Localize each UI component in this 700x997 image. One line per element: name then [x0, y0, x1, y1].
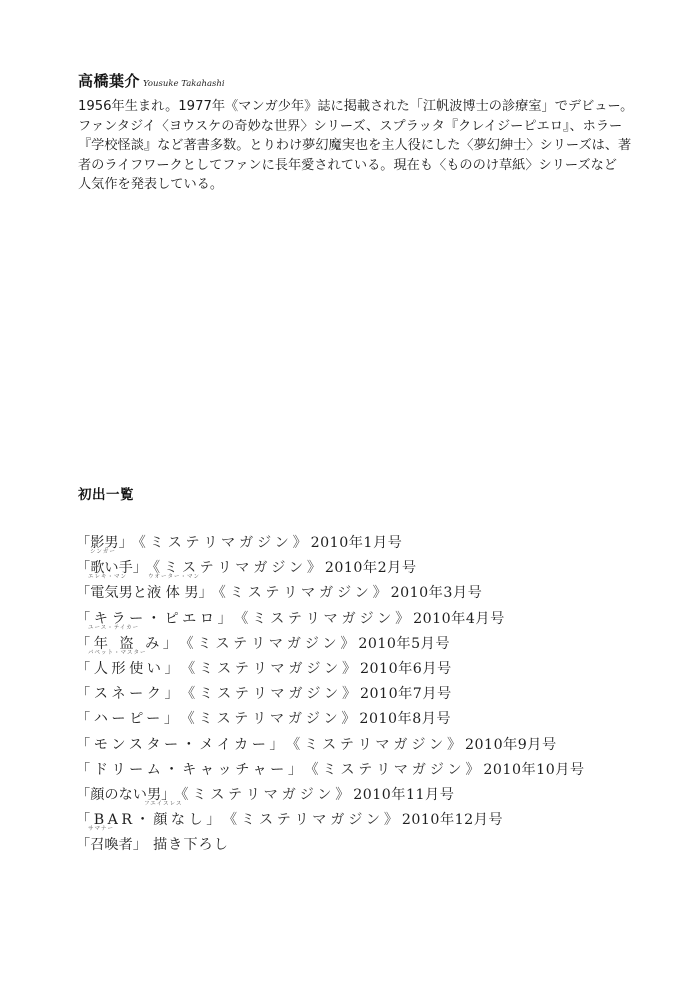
ruby-annotation: シンガー	[90, 549, 116, 556]
bio-line: 1956年生まれ。1977年《マンガ少年》誌に掲載された「江帆波博士の診療室」で…	[78, 97, 638, 117]
magazine-name: 《ミステリマガジン》	[188, 661, 360, 677]
list-item: 「スネーク」《ミステリマガジン》2010年7月号	[76, 684, 585, 709]
issue-date: 2010年4月号	[413, 611, 505, 627]
issue-date: 2010年6月号	[360, 661, 452, 677]
list-item: 「モンスター・メイカー」《ミステリマガジン》2010年9月号	[76, 735, 585, 760]
first-appearances-title: 初出一覧	[78, 483, 134, 503]
ruby-annotation: フエイスレス	[144, 801, 183, 808]
author-name: 高橋葉介	[78, 70, 140, 91]
bio-line: ファンタジイ〈ヨウスケの奇妙な世界〉シリーズ、スプラッタ『クレイジーピエロ』、ホ…	[78, 117, 638, 137]
magazine-name: 《ミステリマガジン》	[139, 535, 311, 551]
list-item: ユース・テイカー「年 盗 み」《ミステリマガジン》2010年5月号	[76, 634, 585, 659]
magazine-name: 《ミステリマガジン》	[241, 611, 413, 627]
publication-note: 描き下ろし	[153, 837, 229, 853]
author-bio-text: 1956年生まれ。1977年《マンガ少年》誌に掲載された「江帆波博士の診療室」で…	[78, 97, 638, 195]
story-title: 「召喚者」	[76, 837, 147, 853]
list-item: エレキ・マンウオーター・マン「電気男と液 体 男」《ミステリマガジン》2010年…	[76, 583, 585, 608]
issue-date: 2010年12月号	[402, 812, 503, 828]
ruby-annotation: サマナー	[88, 826, 114, 833]
bio-line: 者のライフワークとしてファンに長年愛されている。現在も〈もののけ草紙〉シリーズな…	[78, 156, 638, 176]
list-item: 「影男」《ミステリマガジン》2010年1月号	[76, 533, 585, 558]
author-name-roman: Yousuke Takahashi	[143, 79, 225, 89]
bio-line: 人気作を発表している。	[78, 175, 638, 195]
issue-date: 2010年10月号	[483, 762, 584, 778]
list-item: フエイスレス「BAR・顔なし」《ミステリマガジン》2010年12月号	[76, 810, 585, 835]
issue-date: 2010年2月号	[325, 560, 417, 576]
magazine-name: 《ミステリマガジン》	[188, 711, 360, 727]
magazine-name: 《ミステリマガジン》	[293, 737, 465, 753]
story-title: 「スネーク」	[76, 686, 182, 702]
book-page: 高橋葉介 Yousuke Takahashi 1956年生まれ。1977年《マン…	[0, 0, 700, 997]
ruby-annotation: ウオーター・マン	[148, 574, 200, 581]
issue-date: 2010年3月号	[391, 585, 483, 601]
magazine-name: 《ミステリマガジン》	[312, 762, 484, 778]
issue-date: 2010年8月号	[359, 711, 451, 727]
issue-date: 2010年9月号	[465, 737, 557, 753]
magazine-name: 《ミステリマガジン》	[181, 787, 353, 803]
list-item: 「ドリーム・キャッチャー」《ミステリマガジン》2010年10月号	[76, 760, 585, 785]
ruby-annotation: エレキ・マン	[88, 574, 127, 581]
magazine-name: 《ミステリマガジン》	[230, 812, 402, 828]
issue-date: 2010年11月号	[353, 787, 454, 803]
list-item: サマナー「召喚者」描き下ろし	[76, 835, 585, 860]
list-item: 「キラー・ピエロ」《ミステリマガジン》2010年4月号	[76, 609, 585, 634]
author-bio: 高橋葉介 Yousuke Takahashi 1956年生まれ。1977年《マン…	[78, 70, 638, 195]
first-appearances-list: 「影男」《ミステリマガジン》2010年1月号シンガー「歌い手」《ミステリマガジン…	[76, 533, 585, 860]
list-item: パペット・マスター「人形使い」《ミステリマガジン》2010年6月号	[76, 659, 585, 684]
magazine-name: 《ミステリマガジン》	[219, 585, 391, 601]
story-title: 「人形使い」	[76, 661, 182, 677]
magazine-name: 《ミステリマガジン》	[186, 636, 358, 652]
issue-date: 2010年7月号	[360, 686, 452, 702]
bio-line: 『学校怪談』など著書多数。とりわけ夢幻魔実也を主人役にした〈夢幻紳士〉シリーズは…	[78, 136, 638, 156]
issue-date: 2010年1月号	[311, 535, 403, 551]
story-title: 「ハーピー」	[76, 711, 182, 727]
story-title: 「電気男と液 体 男」	[76, 585, 213, 601]
ruby-annotation: パペット・マスター	[88, 650, 147, 657]
author-heading: 高橋葉介 Yousuke Takahashi	[78, 70, 638, 92]
magazine-name: 《ミステリマガジン》	[188, 686, 360, 702]
story-title: 「ドリーム・キャッチャー」	[76, 762, 306, 778]
story-title: 「モンスター・メイカー」	[76, 737, 287, 753]
ruby-annotation: ユース・テイカー	[88, 625, 139, 632]
list-item: 「ハーピー」《ミステリマガジン》2010年8月号	[76, 709, 585, 734]
issue-date: 2010年5月号	[358, 636, 450, 652]
